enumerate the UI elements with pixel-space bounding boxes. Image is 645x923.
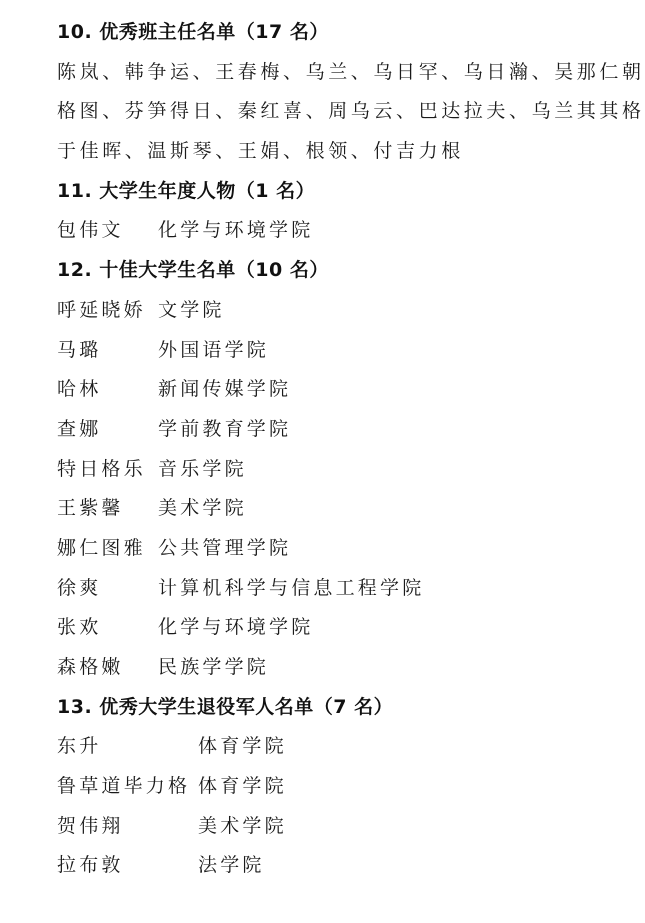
section-12: 12. 十佳大学生名单（10 名） 呼延晓娇 文学院 马璐 外国语学院 哈林 新… — [57, 251, 617, 688]
person-name: 哈林 — [57, 370, 158, 410]
list-row: 娜仁图雅 公共管理学院 — [57, 529, 617, 569]
department: 新闻传媒学院 — [158, 370, 291, 410]
person-name: 包伟文 — [57, 211, 158, 251]
list-row: 查娜 学前教育学院 — [57, 410, 617, 450]
name-list-line: 于佳晖、温斯琴、王娟、根领、付吉力根 — [57, 132, 617, 172]
department: 美术学院 — [158, 489, 247, 529]
person-name: 张欢 — [57, 608, 158, 648]
section-10: 10. 优秀班主任名单（17 名） 陈岚、韩争运、王春梅、乌兰、乌日罕、乌日瀚、… — [57, 13, 617, 172]
list-row: 包伟文 化学与环境学院 — [57, 211, 617, 251]
person-name: 娜仁图雅 — [57, 529, 158, 569]
department: 计算机科学与信息工程学院 — [158, 569, 424, 609]
department: 化学与环境学院 — [158, 211, 313, 251]
section-heading: 10. 优秀班主任名单（17 名） — [57, 13, 617, 53]
list-row: 森格嫩 民族学学院 — [57, 648, 617, 688]
section-heading: 12. 十佳大学生名单（10 名） — [57, 251, 617, 291]
section-heading: 11. 大学生年度人物（1 名） — [57, 172, 617, 212]
name-list-line: 陈岚、韩争运、王春梅、乌兰、乌日罕、乌日瀚、吴那仁朝 — [57, 53, 617, 93]
person-name: 查娜 — [57, 410, 158, 450]
list-row: 东升 体育学院 — [57, 727, 617, 767]
person-name: 徐爽 — [57, 569, 158, 609]
department: 音乐学院 — [158, 450, 247, 490]
person-name: 拉布敦 — [57, 846, 198, 886]
person-name: 鲁草道毕力格 — [57, 767, 198, 807]
department: 化学与环境学院 — [158, 608, 313, 648]
list-row: 哈林 新闻传媒学院 — [57, 370, 617, 410]
person-name: 贺伟翔 — [57, 807, 198, 847]
list-row: 王紫馨 美术学院 — [57, 489, 617, 529]
list-row: 鲁草道毕力格 体育学院 — [57, 767, 617, 807]
department: 文学院 — [158, 291, 225, 331]
department: 法学院 — [198, 846, 265, 886]
list-row: 呼延晓娇 文学院 — [57, 291, 617, 331]
person-name: 东升 — [57, 727, 198, 767]
department: 外国语学院 — [158, 331, 269, 371]
section-heading: 13. 优秀大学生退役军人名单（7 名） — [57, 688, 617, 728]
name-list-line: 格图、芬笋得日、秦红喜、周乌云、巴达拉夫、乌兰其其格、 — [57, 92, 617, 132]
department: 民族学学院 — [158, 648, 269, 688]
person-name: 森格嫩 — [57, 648, 158, 688]
list-row: 特日格乐 音乐学院 — [57, 450, 617, 490]
person-name: 呼延晓娇 — [57, 291, 158, 331]
person-name: 马璐 — [57, 331, 158, 371]
list-row: 徐爽 计算机科学与信息工程学院 — [57, 569, 617, 609]
list-row: 贺伟翔 美术学院 — [57, 807, 617, 847]
department: 体育学院 — [198, 767, 287, 807]
person-name: 特日格乐 — [57, 450, 158, 490]
section-11: 11. 大学生年度人物（1 名） 包伟文 化学与环境学院 — [57, 172, 617, 251]
department: 公共管理学院 — [158, 529, 291, 569]
list-row: 拉布敦 法学院 — [57, 846, 617, 886]
list-row: 马璐 外国语学院 — [57, 331, 617, 371]
list-row: 张欢 化学与环境学院 — [57, 608, 617, 648]
document-page: 10. 优秀班主任名单（17 名） 陈岚、韩争运、王春梅、乌兰、乌日罕、乌日瀚、… — [57, 13, 617, 886]
department: 学前教育学院 — [158, 410, 291, 450]
department: 美术学院 — [198, 807, 287, 847]
section-13: 13. 优秀大学生退役军人名单（7 名） 东升 体育学院 鲁草道毕力格 体育学院… — [57, 688, 617, 886]
person-name: 王紫馨 — [57, 489, 158, 529]
department: 体育学院 — [198, 727, 287, 767]
